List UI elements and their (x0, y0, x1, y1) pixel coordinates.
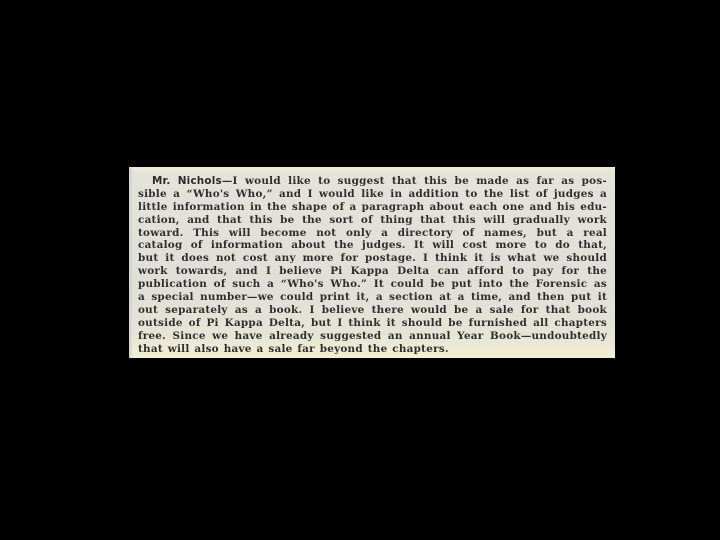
text-line: but it does not cost any more for postag… (138, 252, 607, 265)
text-line: work towards, and I believe Pi Kappa Del… (138, 265, 607, 278)
text-line: out separately as a book. I believe ther… (138, 304, 607, 317)
text-line: outside of Pi Kappa Delta, but I think i… (138, 317, 607, 330)
text-line: a special number—we could print it, a se… (138, 291, 607, 304)
speaker-paragraph: Mr. Nichols—I would like to suggest that… (138, 175, 607, 355)
text-line: publication of such a “Who's Who.” It co… (138, 278, 607, 291)
text-line: toward. This will become not only a dire… (138, 227, 607, 240)
text-line: catalog of information about the judges.… (138, 239, 607, 252)
text-line: Mr. Nichols—I would like to suggest that… (138, 175, 607, 188)
text-line: free. Since we have already suggested an… (138, 330, 607, 343)
speaker-name: Mr. Nichols (152, 175, 222, 187)
text-line: cation, and that this be the sort of thi… (138, 214, 607, 227)
text-line: that will also have a sale far beyond th… (138, 343, 607, 356)
document-clipping: Mr. Nichols—I would like to suggest that… (129, 167, 615, 358)
text-line: sible a “Who's Who,” and I would like in… (138, 188, 607, 201)
text-line: little information in the shape of a par… (138, 201, 607, 214)
